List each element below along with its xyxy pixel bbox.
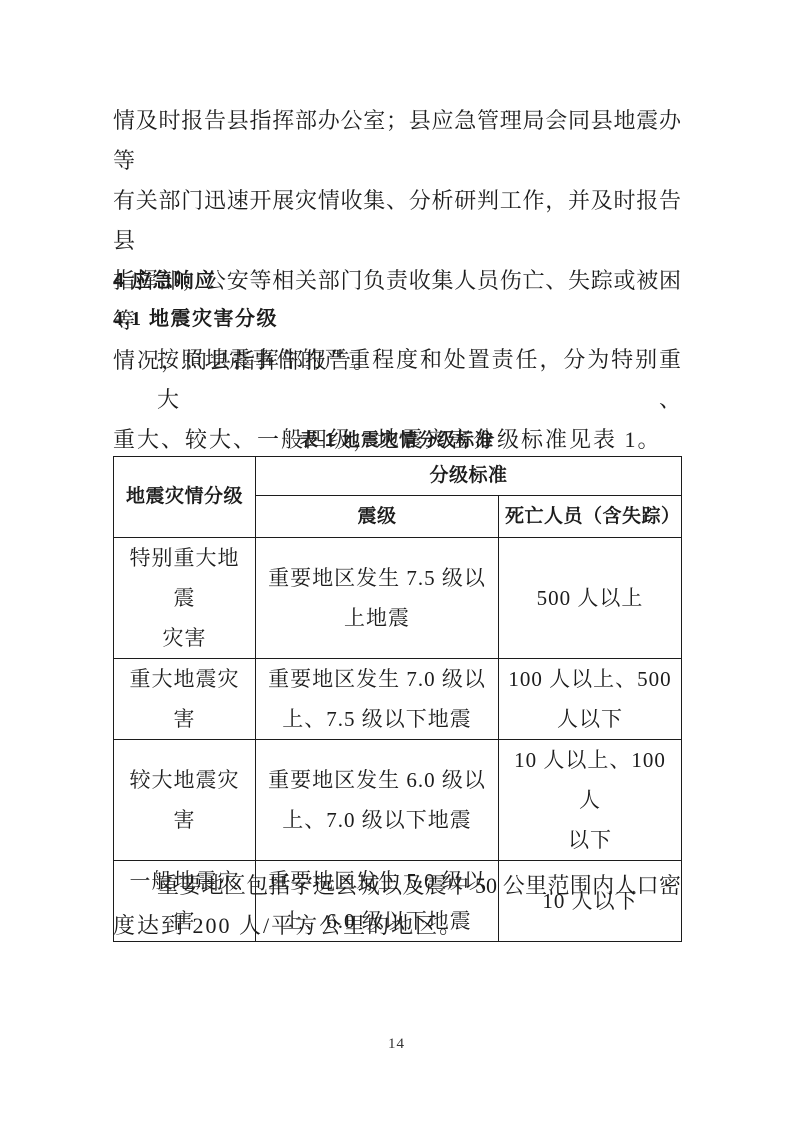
- cell-magnitude: 重要地区发生 7.0 级以 上、7.5 级以下地震: [256, 659, 499, 740]
- cell-deaths: 10 人以上、100 人 以下: [499, 740, 682, 861]
- cell-level: 较大地震灾害: [114, 740, 256, 861]
- paragraph-line: 有关部门迅速开展灾情收集、分析研判工作，并及时报告县: [113, 181, 681, 261]
- cell-magnitude: 重要地区发生 6.0 级以 上、7.0 级以下地震: [256, 740, 499, 861]
- table-header-row: 地震灾情分级 分级标准: [114, 457, 682, 496]
- paragraph-line: 重要地区包括宁远县城以及震中 50 公里范围内人口密: [113, 866, 681, 906]
- paragraph-line: 情及时报告县指挥部办公室；县应急管理局会同县地震办等: [113, 101, 681, 181]
- cell-level: 重大地震灾害: [114, 659, 256, 740]
- paragraph-line: 度达到 200 人/平方公里的地区。: [113, 906, 681, 946]
- header-cell-deaths: 死亡人员（含失踪）: [499, 496, 682, 538]
- table-row: 较大地震灾害 重要地区发生 6.0 级以 上、7.0 级以下地震 10 人以上、…: [114, 740, 682, 861]
- cell-magnitude: 重要地区发生 7.5 级以 上地震: [256, 538, 499, 659]
- table-row: 特别重大地震 灾害 重要地区发生 7.5 级以 上地震 500 人以上: [114, 538, 682, 659]
- page-number: 14: [0, 1036, 793, 1053]
- paragraph-important-area: 重要地区包括宁远县城以及震中 50 公里范围内人口密 度达到 200 人/平方公…: [113, 866, 681, 946]
- header-cell-standard: 分级标准: [256, 457, 682, 496]
- paragraph-reporting: 情及时报告县指挥部办公室；县应急管理局会同县地震办等 有关部门迅速开展灾情收集、…: [113, 101, 681, 381]
- cell-deaths: 500 人以上: [499, 538, 682, 659]
- cell-deaths: 100 人以上、500 人以下: [499, 659, 682, 740]
- table-row: 重大地震灾害 重要地区发生 7.0 级以 上、7.5 级以下地震 100 人以上…: [114, 659, 682, 740]
- header-cell-level: 地震灾情分级: [114, 457, 256, 538]
- document-page: 情及时报告县指挥部办公室；县应急管理局会同县地震办等 有关部门迅速开展灾情收集、…: [0, 0, 793, 1122]
- heading-section-4: 4 应急响应: [113, 266, 681, 296]
- heading-section-4-1: 4.1 地震灾害分级: [113, 304, 681, 334]
- header-cell-magnitude: 震级: [256, 496, 499, 538]
- paragraph-line: 按照地震事件的严重程度和处置责任，分为特别重大、: [113, 340, 681, 420]
- table-title: 表 1 地震灾情分级标准: [113, 428, 681, 452]
- cell-level: 特别重大地震 灾害: [114, 538, 256, 659]
